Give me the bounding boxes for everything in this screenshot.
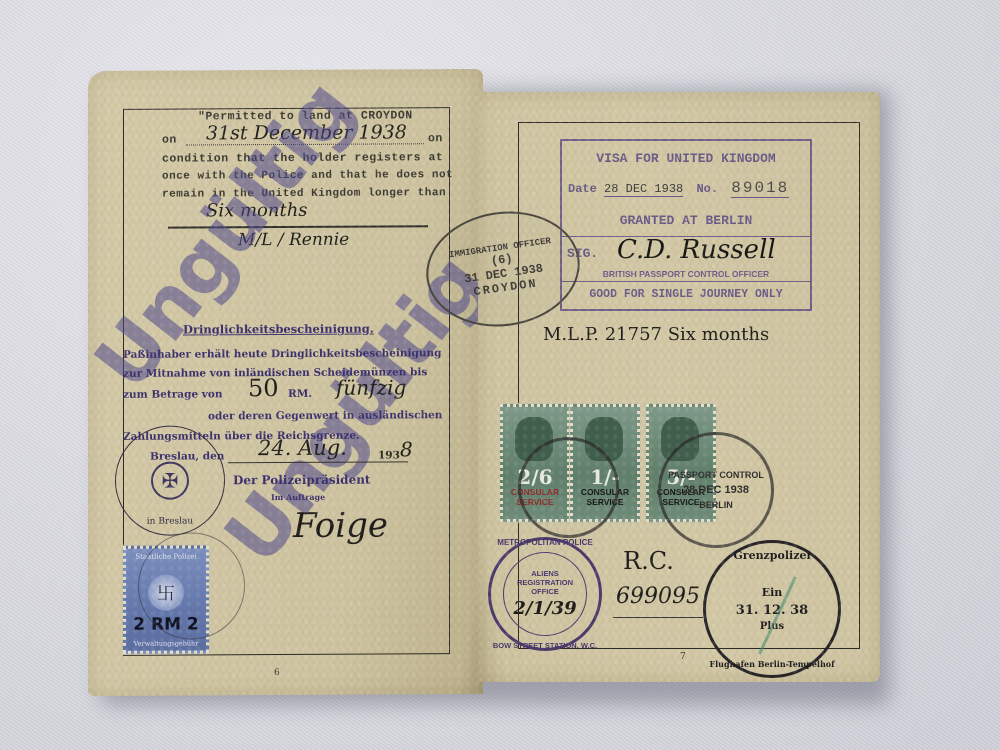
visa-date-value: 28 DEC 1938 (604, 182, 683, 197)
fee-cancellation-postmark (138, 532, 245, 640)
eagle-seal-text: in Breslau (116, 516, 224, 527)
registration-underline (613, 617, 703, 618)
certificate-line-4: oder deren Gegenwert in ausländischen (208, 409, 442, 422)
police-stamp-inner-ring (503, 552, 587, 636)
grenzpolizei-date: 31. 12. 38 (736, 603, 808, 618)
eagle-seal: ✠ in Breslau (115, 425, 225, 536)
passport-control-date: 28 DEC 1938 (683, 484, 749, 496)
certificate-authority: Der Polizeipräsident (233, 473, 370, 488)
registration-initials-handwritten: R.C. (623, 547, 674, 575)
visa-validity: GOOD FOR SINGLE JOURNEY ONLY (562, 288, 810, 301)
eagle-emblem-icon: ✠ (151, 462, 189, 500)
page-number-left: 6 (274, 668, 280, 678)
grenzpolizei-ring-bottom: Flughafen Berlin-Tempelhof (706, 659, 838, 669)
passport-control-postmark-left (518, 437, 619, 538)
passport-control-ring-text: PASSPORT CONTROL (668, 470, 764, 480)
certificate-year-printed: 193 (378, 449, 400, 461)
certificate-line-1: Paßinhaber erhält heute Dringlichkeitsbe… (123, 347, 441, 361)
visa-divider-2 (562, 281, 810, 282)
certificate-amount-handwritten: 50 (248, 374, 279, 402)
certificate-on-behalf: Im Auftrage (271, 492, 325, 502)
mlp-note-handwritten: M.L.P. 21757 Six months (543, 324, 769, 345)
fee-stamp-bottom-text: Verwaltungsgebühr (126, 639, 206, 647)
passport-control-place: BERLIN (699, 500, 733, 510)
grenzpolizei-stamp: Grenzpolizei Ein 31. 12. 38 Plus Flughaf… (703, 540, 841, 678)
certificate-signature-handwritten: Foige (293, 505, 388, 545)
page-number-right: 7 (680, 652, 686, 662)
visa-number: 89018 (731, 179, 789, 198)
certificate-currency: RM. (288, 388, 312, 400)
visa-officer: BRITISH PASSPORT CONTROL OFFICER (562, 269, 810, 279)
metropolitan-police-stamp: METROPOLITAN POLICE ALIENS REGISTRATION … (488, 537, 602, 651)
certificate-amount-words-handwritten: fünfzig (336, 375, 406, 399)
certificate-line-3-prefix: zum Betrage von (123, 388, 223, 401)
police-stamp-ring-top: METROPOLITAN POLICE (491, 538, 599, 547)
certificate-year-handwritten: 8 (400, 437, 413, 461)
endorsement-on-label: on (162, 134, 177, 147)
visa-granted: GRANTED AT BERLIN (562, 213, 810, 228)
uk-visa-stamp: VISA FOR UNITED KINGDOM Date 28 DEC 1938… (560, 139, 812, 311)
registration-number-handwritten: 699095 (616, 584, 700, 609)
endorsement-on-suffix: on (428, 132, 443, 145)
visa-signature-handwritten: C.D. Russell (617, 235, 776, 265)
passport-page-right: VISA FOR UNITED KINGDOM Date 28 DEC 1938… (478, 92, 880, 682)
grenzpolizei-direction: Ein (762, 586, 783, 599)
visa-no-label: No. (696, 182, 718, 196)
passport-control-stamp: PASSPORT CONTROL 28 DEC 1938 BERLIN (658, 432, 774, 548)
visa-title: VISA FOR UNITED KINGDOM (562, 151, 810, 166)
police-stamp-ring-bottom: BOW STREET STATION, W.C. (491, 641, 599, 650)
grenzpolizei-ring-top: Grenzpolizei (706, 549, 838, 562)
visa-date-row: Date 28 DEC 1938 No. 89018 (568, 179, 789, 197)
certificate-title: Dringlichkeitsbescheinigung. (183, 322, 374, 337)
passport-page-left: "Permitted to land at CROYDON on 31st De… (88, 69, 483, 696)
visa-date-label: Date (568, 182, 597, 196)
certificate-date-handwritten: 24. Aug. (258, 436, 347, 460)
